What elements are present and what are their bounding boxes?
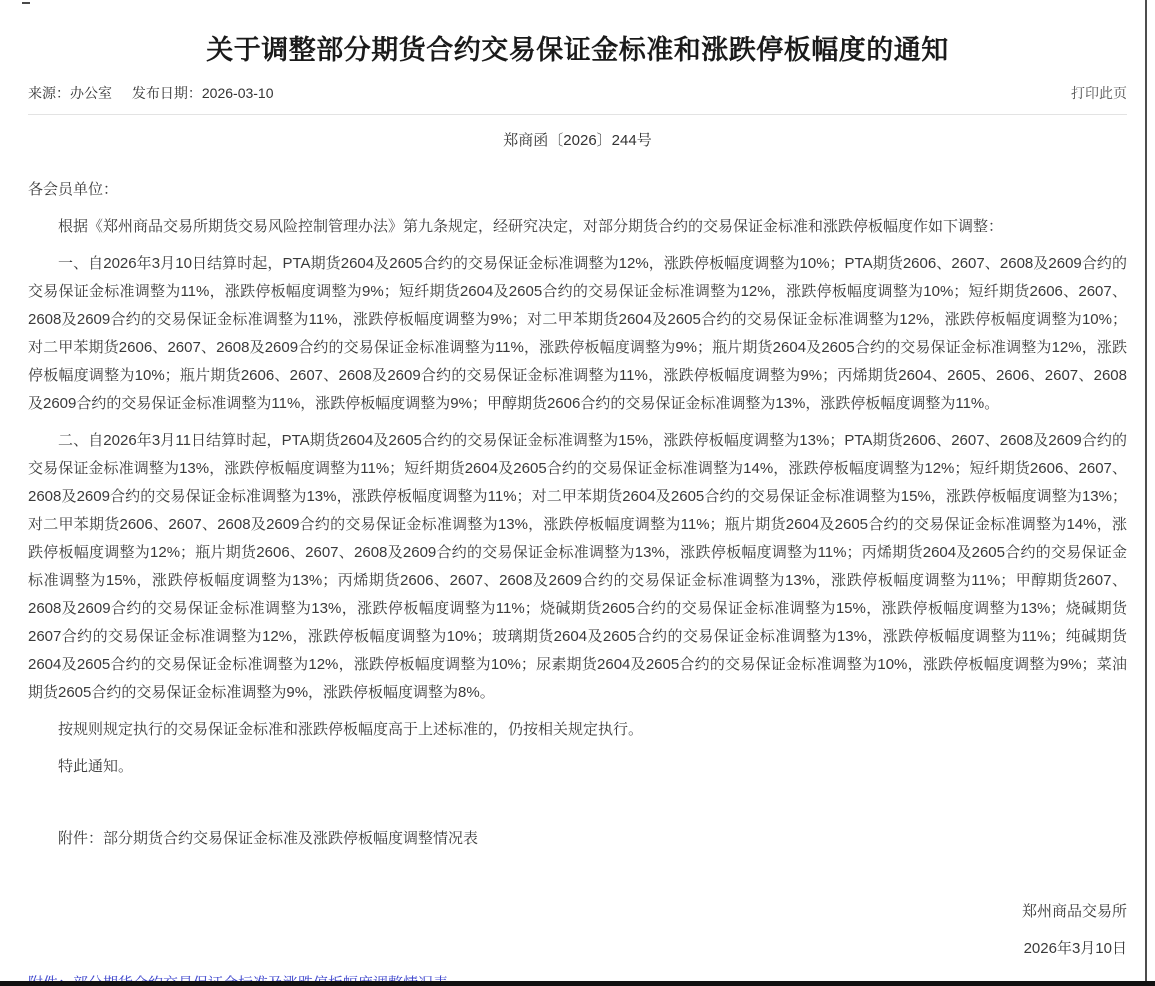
meta-row: 来源：办公室 发布日期：2026-03-10 打印此页 [28, 83, 1127, 103]
meta-info: 来源：办公室 发布日期：2026-03-10 [28, 83, 274, 103]
signature-org: 郑州商品交易所 [28, 900, 1127, 921]
publish-date-label: 发布日期：2026-03-10 [132, 83, 274, 103]
notice-body: 各会员单位： 根据《郑州商品交易所期货交易风险控制管理办法》第九条规定，经研究决… [28, 176, 1127, 781]
salutation: 各会员单位： [28, 176, 1127, 204]
paragraph-basis: 根据《郑州商品交易所期货交易风险控制管理办法》第九条规定，经研究决定，对部分期货… [28, 213, 1127, 241]
document-number: 郑商函〔2026〕244号 [28, 129, 1127, 150]
paragraph-rule-note: 按规则规定执行的交易保证金标准和涨跌停板幅度高于上述标准的，仍按相关规定执行。 [28, 716, 1127, 744]
signature-block: 郑州商品交易所 2026年3月10日 [28, 900, 1127, 958]
scan-artifact [22, 2, 30, 4]
attachment-note: 附件：部分期货合约交易保证金标准及涨跌停板幅度调整情况表 [28, 827, 1127, 848]
print-page-link[interactable]: 打印此页 [1071, 83, 1127, 103]
page-title: 关于调整部分期货合约交易保证金标准和涨跌停板幅度的通知 [28, 28, 1127, 67]
notice-page: 关于调整部分期货合约交易保证金标准和涨跌停板幅度的通知 来源：办公室 发布日期：… [0, 0, 1155, 986]
paragraph-closing: 特此通知。 [28, 753, 1127, 781]
page-bottom-border [0, 981, 1155, 986]
signature-date: 2026年3月10日 [28, 937, 1127, 958]
paragraph-item-one: 一、自2026年3月10日结算时起，PTA期货2604及2605合约的交易保证金… [28, 250, 1127, 418]
source-label: 来源：办公室 [28, 83, 112, 103]
page-right-border [1145, 0, 1147, 982]
header-divider [28, 114, 1127, 115]
paragraph-item-two: 二、自2026年3月11日结算时起，PTA期货2604及2605合约的交易保证金… [28, 427, 1127, 707]
